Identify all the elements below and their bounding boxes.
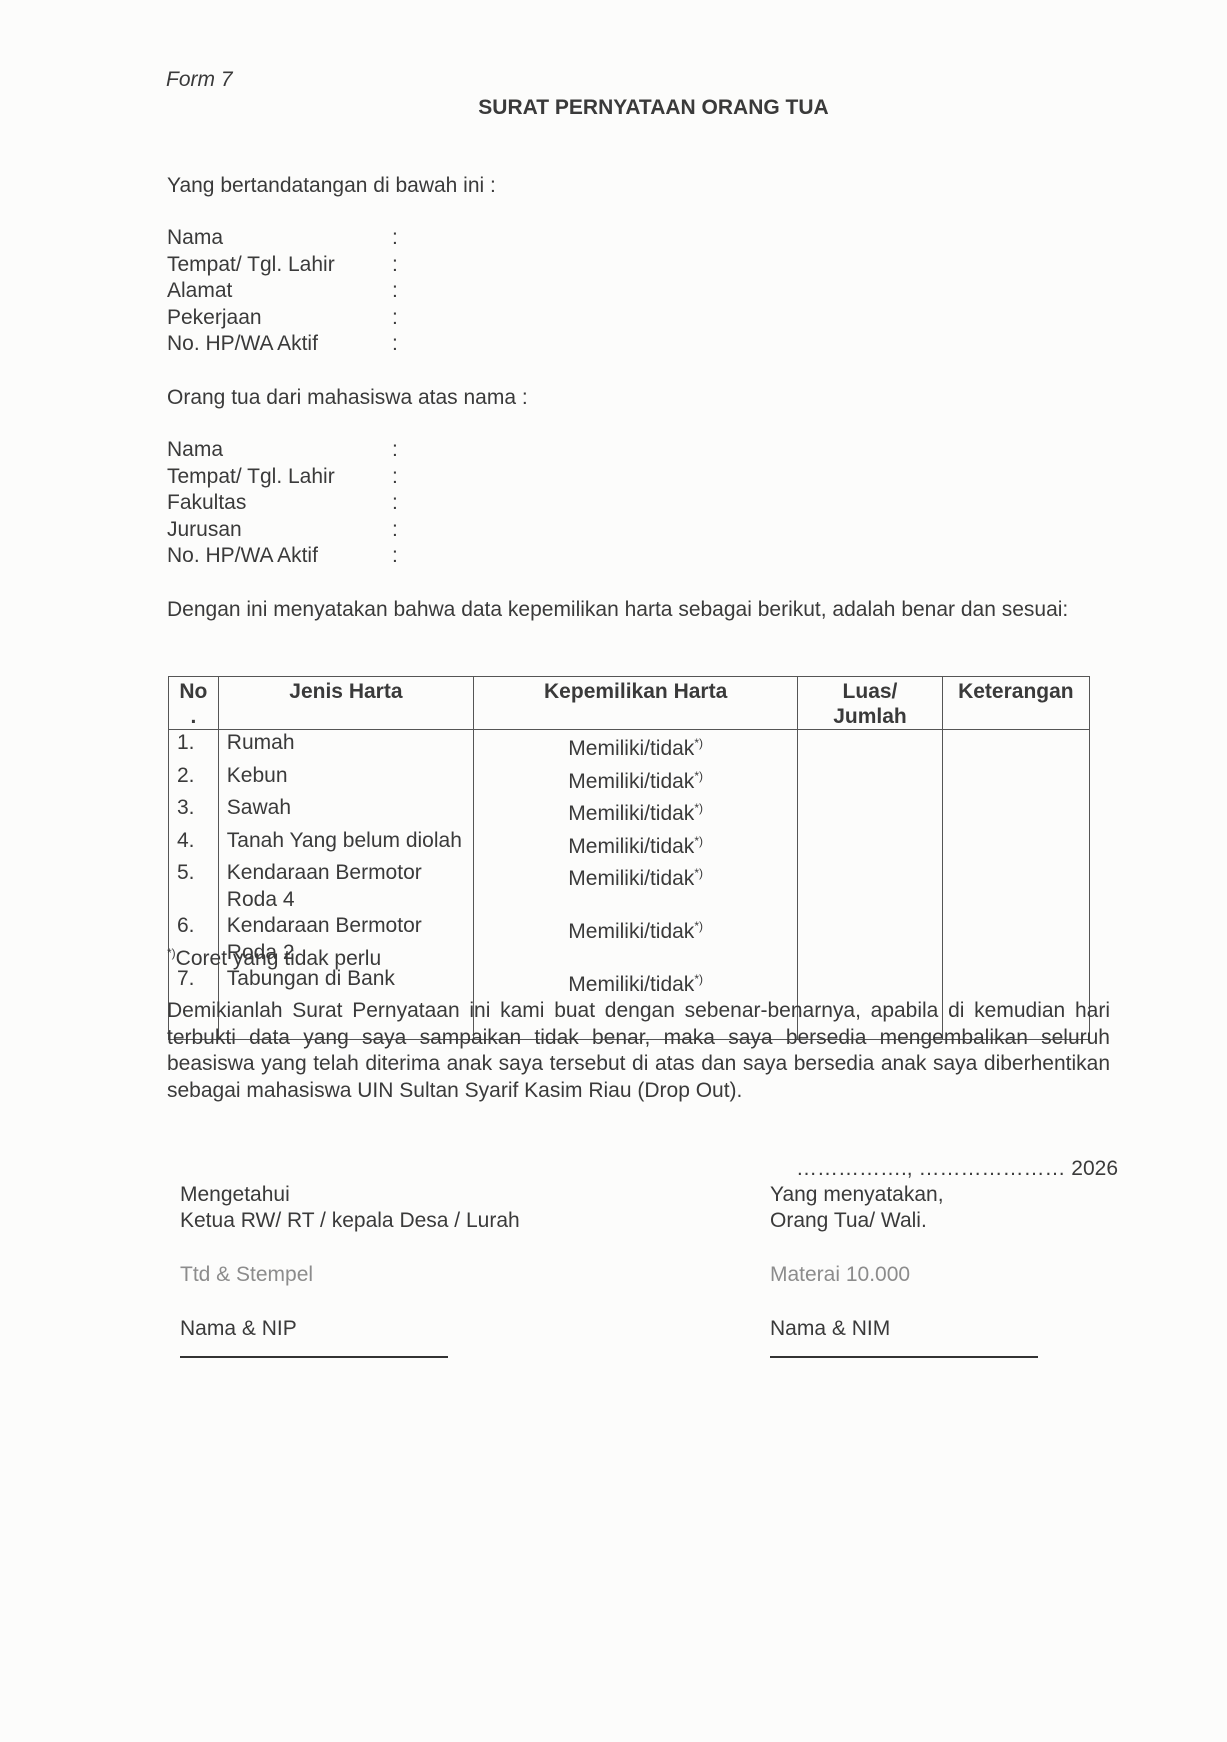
cell-luas-jumlah[interactable] <box>798 913 942 966</box>
footnote-mark: *) <box>694 769 703 783</box>
field-label: Nama <box>167 225 392 252</box>
field-separator: : <box>392 305 412 332</box>
cell-jenis-harta: Tanah Yang belum diolah <box>218 828 473 861</box>
field-label: Tempat/ Tgl. Lahir <box>167 464 392 491</box>
cell-jenis-harta: Sawah <box>218 795 473 828</box>
cell-keterangan[interactable] <box>942 763 1089 796</box>
field-label: No. HP/WA Aktif <box>167 331 392 358</box>
sig-left-line2: Ketua RW/ RT / kepala Desa / Lurah <box>180 1208 520 1234</box>
footnote-mark: *) <box>694 972 703 986</box>
sig-right-hint: Materai 10.000 <box>770 1262 1118 1288</box>
footnote-text: Coret yang tidak perlu <box>176 947 381 970</box>
table-row: 2.KebunMemiliki/tidak*) <box>169 763 1090 796</box>
sig-left-name-label: Nama & NIP <box>180 1316 520 1342</box>
cell-keterangan[interactable] <box>942 795 1089 828</box>
ownership-option[interactable]: Memiliki/tidak <box>568 770 694 793</box>
field-label: Pekerjaan <box>167 305 392 332</box>
footnote-mark: *) <box>694 801 703 815</box>
footnote-mark: *) <box>694 866 703 880</box>
cell-kepemilikan[interactable]: Memiliki/tidak*) <box>474 828 798 861</box>
cell-no: 1. <box>169 730 219 763</box>
cell-luas-jumlah[interactable] <box>798 795 942 828</box>
cell-luas-jumlah[interactable] <box>798 966 942 999</box>
table-footnote: *)Coret yang tidak perlu <box>167 946 381 971</box>
student-fields: Nama: Tempat/ Tgl. Lahir: Fakultas: Juru… <box>167 437 412 570</box>
asset-table-header: No . Jenis Harta Kepemilikan Harta Luas/… <box>169 677 1090 730</box>
sig-right-name-label: Nama & NIM <box>770 1316 1118 1342</box>
cell-no: 2. <box>169 763 219 796</box>
header-no: No . <box>169 677 219 730</box>
field-separator: : <box>392 543 412 570</box>
field-separator: : <box>392 225 412 252</box>
cell-luas-jumlah[interactable] <box>798 763 942 796</box>
field-row: Tempat/ Tgl. Lahir: <box>167 252 412 279</box>
field-row: No. HP/WA Aktif: <box>167 543 412 570</box>
cell-no: 5. <box>169 860 219 913</box>
ownership-option[interactable]: Memiliki/tidak <box>568 737 694 760</box>
ownership-option[interactable]: Memiliki/tidak <box>568 867 694 890</box>
sig-right-line1: Yang menyatakan, <box>770 1182 1118 1208</box>
footnote-mark: *) <box>694 736 703 750</box>
footnote-mark: *) <box>694 834 703 848</box>
field-label: Fakultas <box>167 490 392 517</box>
field-separator: : <box>392 490 412 517</box>
cell-keterangan[interactable] <box>942 730 1089 763</box>
cell-jenis-harta: Rumah <box>218 730 473 763</box>
cell-luas-jumlah[interactable] <box>798 828 942 861</box>
cell-jenis-harta: Kebun <box>218 763 473 796</box>
field-label: Alamat <box>167 278 392 305</box>
field-label: No. HP/WA Aktif <box>167 543 392 570</box>
field-row: Nama: <box>167 437 412 464</box>
sig-right-line2: Orang Tua/ Wali. <box>770 1208 1118 1234</box>
cell-kepemilikan[interactable]: Memiliki/tidak*) <box>474 763 798 796</box>
document-title: SURAT PERNYATAAN ORANG TUA <box>0 96 1227 120</box>
cell-keterangan[interactable] <box>942 828 1089 861</box>
cell-no: 4. <box>169 828 219 861</box>
field-row: Alamat: <box>167 278 412 305</box>
cell-kepemilikan[interactable]: Memiliki/tidak*) <box>474 730 798 763</box>
header-jenis-harta: Jenis Harta <box>218 677 473 730</box>
form-number: Form 7 <box>166 68 233 92</box>
cell-no: 3. <box>169 795 219 828</box>
cell-keterangan[interactable] <box>942 913 1089 966</box>
cell-kepemilikan[interactable]: Memiliki/tidak*) <box>474 795 798 828</box>
ownership-statement: Dengan ini menyatakan bahwa data kepemil… <box>167 597 1097 623</box>
cell-keterangan[interactable] <box>942 966 1089 999</box>
field-label: Tempat/ Tgl. Lahir <box>167 252 392 279</box>
cell-jenis-harta: Kendaraan Bermotor Roda 4 <box>218 860 473 913</box>
signature-block-left: Mengetahui Ketua RW/ RT / kepala Desa / … <box>180 1182 520 1358</box>
signature-block-right: ……………., ………………… 2026 Yang menyatakan, Or… <box>770 1156 1118 1358</box>
footnote-mark: *) <box>694 919 703 933</box>
field-row: Nama: <box>167 225 412 252</box>
field-separator: : <box>392 331 412 358</box>
table-row: 4.Tanah Yang belum diolahMemiliki/tidak*… <box>169 828 1090 861</box>
ownership-option[interactable]: Memiliki/tidak <box>568 835 694 858</box>
footnote-mark: *) <box>167 946 176 960</box>
cell-kepemilikan[interactable]: Memiliki/tidak*) <box>474 860 798 913</box>
field-row: Tempat/ Tgl. Lahir: <box>167 464 412 491</box>
parent-fields: Nama: Tempat/ Tgl. Lahir: Alamat: Pekerj… <box>167 225 412 358</box>
sig-right-date[interactable]: ……………., ………………… 2026 <box>770 1156 1118 1182</box>
field-label: Jurusan <box>167 517 392 544</box>
student-intro: Orang tua dari mahasiswa atas nama : <box>167 386 528 410</box>
field-row: Jurusan: <box>167 517 412 544</box>
sig-left-hint: Ttd & Stempel <box>180 1262 520 1288</box>
field-separator: : <box>392 464 412 491</box>
header-keterangan: Keterangan <box>942 677 1089 730</box>
field-separator: : <box>392 252 412 279</box>
header-kepemilikan: Kepemilikan Harta <box>474 677 798 730</box>
field-row: Pekerjaan: <box>167 305 412 332</box>
field-separator: : <box>392 278 412 305</box>
field-row: No. HP/WA Aktif: <box>167 331 412 358</box>
sig-left-line[interactable] <box>180 1356 448 1358</box>
table-row: 5.Kendaraan Bermotor Roda 4Memiliki/tida… <box>169 860 1090 913</box>
table-row: 1.RumahMemiliki/tidak*) <box>169 730 1090 763</box>
parent-intro: Yang bertandatangan di bawah ini : <box>167 174 496 198</box>
cell-luas-jumlah[interactable] <box>798 860 942 913</box>
ownership-option[interactable]: Memiliki/tidak <box>568 802 694 825</box>
ownership-option[interactable]: Memiliki/tidak <box>568 920 694 943</box>
closing-paragraph: Demikianlah Surat Pernyataan ini kami bu… <box>167 998 1110 1104</box>
field-separator: : <box>392 517 412 544</box>
table-row: 3.SawahMemiliki/tidak*) <box>169 795 1090 828</box>
cell-luas-jumlah[interactable] <box>798 730 942 763</box>
asset-table: No . Jenis Harta Kepemilikan Harta Luas/… <box>168 676 1090 1040</box>
sig-left-line1: Mengetahui <box>180 1182 520 1208</box>
field-separator: : <box>392 437 412 464</box>
cell-keterangan[interactable] <box>942 860 1089 913</box>
field-label: Nama <box>167 437 392 464</box>
cell-kepemilikan[interactable]: Memiliki/tidak*) <box>474 913 798 966</box>
field-row: Fakultas: <box>167 490 412 517</box>
sig-right-line[interactable] <box>770 1356 1038 1358</box>
cell-kepemilikan[interactable]: Memiliki/tidak*) <box>474 966 798 999</box>
header-luas-jumlah: Luas/ Jumlah <box>798 677 942 730</box>
ownership-option[interactable]: Memiliki/tidak <box>568 973 694 996</box>
